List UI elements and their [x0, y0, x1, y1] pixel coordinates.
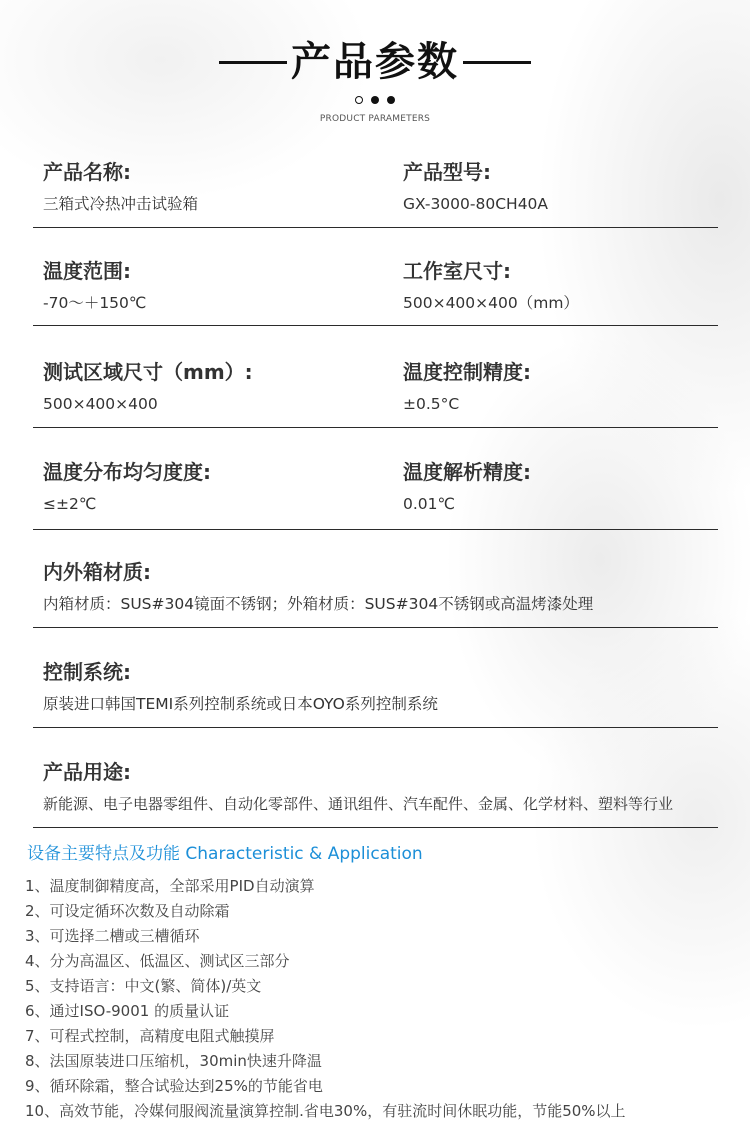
param-product-usage: 产品用途: 新能源、电子电器零组件、自动化零部件、通讯组件、汽车配件、金属、化学…: [43, 759, 673, 814]
param-product-model: 产品型号: GX-3000-80CH40A: [403, 159, 548, 214]
features-title: 设备主要特点及功能 Characteristic & Application: [27, 839, 423, 864]
param-test-area-size: 测试区域尺寸（mm）: 500×400×400: [43, 359, 253, 414]
param-row-material: 内外箱材质: 内箱材质：SUS#304镜面不锈钢；外箱材质：SUS#304不锈钢…: [33, 559, 718, 628]
feature-item: 3、可选择二槽或三槽循环: [25, 924, 626, 949]
title-dash-right: [463, 61, 531, 64]
feature-item: 10、高效节能，冷媒伺服阀流量演算控制.省电30%，有驻流时间休眠功能，节能50…: [25, 1099, 626, 1124]
param-value: -70～＋150℃: [43, 293, 146, 313]
features-list: 1、温度制御精度高，全部采用PID自动演算 2、可设定循环次数及自动除霜 3、可…: [25, 874, 626, 1124]
param-value: 内箱材质：SUS#304镜面不锈钢；外箱材质：SUS#304不锈钢或高温烤漆处理: [43, 594, 593, 614]
filled-dot-icon: [387, 96, 395, 104]
param-value: 500×400×400: [43, 394, 253, 414]
feature-item: 6、通过ISO-9001 的质量认证: [25, 999, 626, 1024]
param-temp-uniformity: 温度分布均匀度度: ≤±2℃: [43, 459, 211, 514]
page-subtitle: PRODUCT PARAMETERS: [0, 114, 750, 124]
param-value: 500×400×400（mm）: [403, 293, 579, 313]
param-label: 内外箱材质:: [43, 559, 593, 585]
param-product-name: 产品名称: 三箱式冷热冲击试验箱: [43, 159, 198, 214]
param-row-temp-range-chamber: 温度范围: -70～＋150℃ 工作室尺寸: 500×400×400（mm）: [33, 258, 718, 326]
param-label: 测试区域尺寸（mm）:: [43, 359, 253, 385]
feature-item: 5、支持语言：中文(繁、简体)/英文: [25, 974, 626, 999]
param-row-test-area-control: 测试区域尺寸（mm）: 500×400×400 温度控制精度: ±0.5°C: [33, 359, 718, 428]
param-row-uniformity-resolution: 温度分布均匀度度: ≤±2℃ 温度解析精度: 0.01℃: [33, 459, 718, 530]
param-temp-control-accuracy: 温度控制精度: ±0.5°C: [403, 359, 531, 414]
param-temperature-range: 温度范围: -70～＋150℃: [43, 258, 146, 313]
param-label: 控制系统:: [43, 659, 438, 685]
title-dash-left: [219, 61, 287, 64]
param-value: 新能源、电子电器零组件、自动化零部件、通讯组件、汽车配件、金属、化学材料、塑料等…: [43, 794, 673, 814]
param-label: 温度解析精度:: [403, 459, 531, 485]
param-temp-resolution: 温度解析精度: 0.01℃: [403, 459, 531, 514]
param-value: 原装进口韩国TEMI系列控制系统或日本OYO系列控制系统: [43, 694, 438, 714]
param-value: 三箱式冷热冲击试验箱: [43, 194, 198, 214]
param-value: GX-3000-80CH40A: [403, 194, 548, 214]
param-control-system: 控制系统: 原装进口韩国TEMI系列控制系统或日本OYO系列控制系统: [43, 659, 438, 714]
section-header: 产品参数 PRODUCT PARAMETERS: [0, 34, 750, 124]
feature-item: 2、可设定循环次数及自动除霜: [25, 899, 626, 924]
param-label: 工作室尺寸:: [403, 258, 579, 284]
param-box-material: 内外箱材质: 内箱材质：SUS#304镜面不锈钢；外箱材质：SUS#304不锈钢…: [43, 559, 593, 614]
param-row-control-system: 控制系统: 原装进口韩国TEMI系列控制系统或日本OYO系列控制系统: [33, 659, 718, 728]
param-value: ≤±2℃: [43, 494, 211, 514]
param-row-usage: 产品用途: 新能源、电子电器零组件、自动化零部件、通讯组件、汽车配件、金属、化学…: [33, 759, 718, 828]
param-value: ±0.5°C: [403, 394, 531, 414]
title-row: 产品参数: [0, 34, 750, 90]
feature-item: 1、温度制御精度高，全部采用PID自动演算: [25, 874, 626, 899]
param-label: 产品型号:: [403, 159, 548, 185]
decorative-dots: [0, 96, 750, 104]
param-label: 产品用途:: [43, 759, 673, 785]
feature-item: 8、法国原装进口压缩机，30min快速升降温: [25, 1049, 626, 1074]
param-label: 产品名称:: [43, 159, 198, 185]
filled-dot-icon: [371, 96, 379, 104]
param-label: 温度范围:: [43, 258, 146, 284]
feature-item: 7、可程式控制，高精度电阻式触摸屏: [25, 1024, 626, 1049]
feature-item: 9、循环除霜，整合试验达到25%的节能省电: [25, 1074, 626, 1099]
page-title: 产品参数: [291, 34, 459, 90]
param-value: 0.01℃: [403, 494, 531, 514]
feature-item: 4、分为高温区、低温区、测试区三部分: [25, 949, 626, 974]
param-label: 温度控制精度:: [403, 359, 531, 385]
param-chamber-size: 工作室尺寸: 500×400×400（mm）: [403, 258, 579, 313]
hollow-dot-icon: [355, 96, 363, 104]
param-label: 温度分布均匀度度:: [43, 459, 211, 485]
param-row-name-model: 产品名称: 三箱式冷热冲击试验箱 产品型号: GX-3000-80CH40A: [33, 159, 718, 228]
